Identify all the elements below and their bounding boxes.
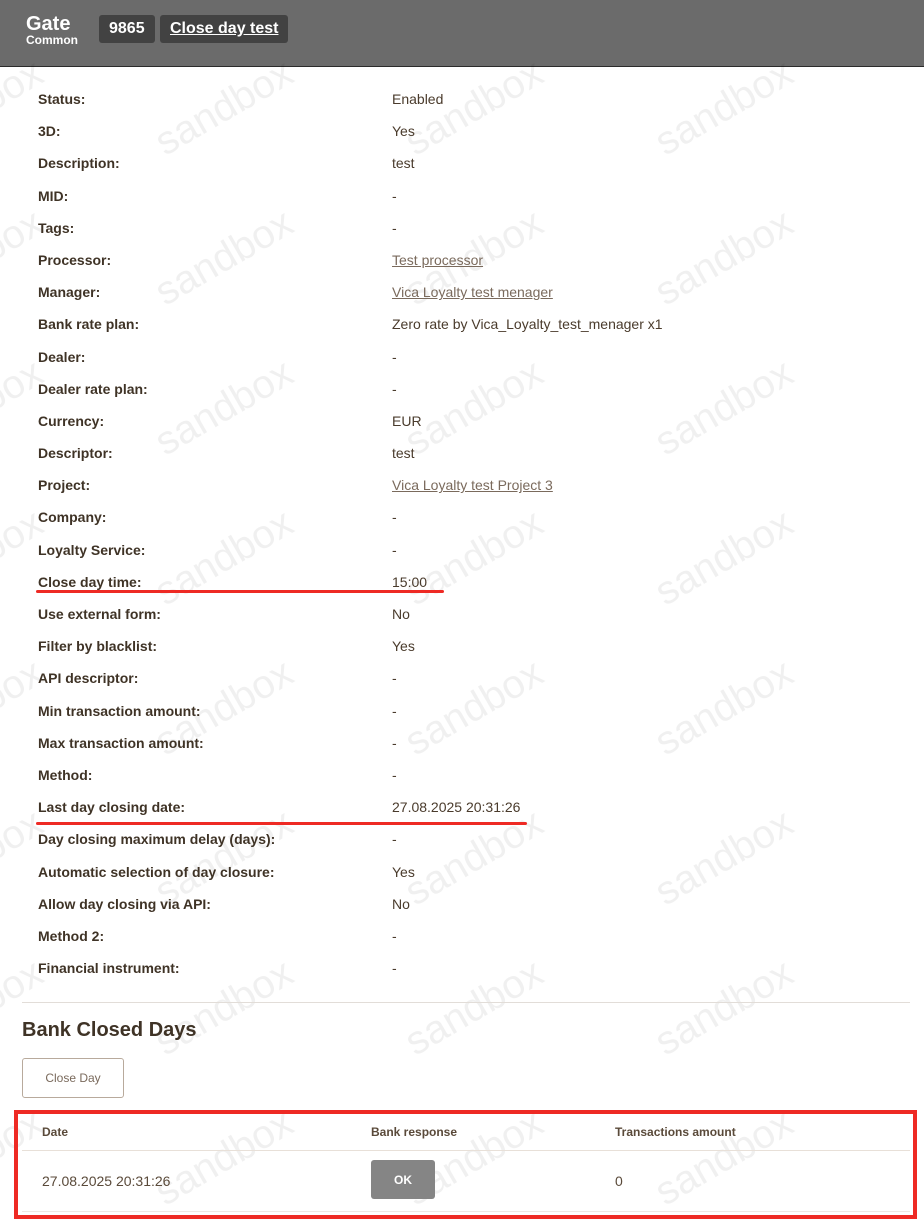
detail-label: Company: [38,509,106,525]
detail-value: - [392,928,397,944]
detail-label: API descriptor: [38,670,138,686]
detail-value: - [392,767,397,783]
detail-row: Min transaction amount:- [38,695,898,727]
detail-value: - [392,509,397,525]
detail-label: Tags: [38,220,74,236]
detail-row: Project:Vica Loyalty test Project 3 [38,469,898,501]
detail-value: Yes [392,638,415,654]
detail-value: - [392,735,397,751]
detail-value: - [392,349,397,365]
detail-row: Method 2:- [38,920,898,952]
detail-label: Min transaction amount: [38,703,201,719]
section-divider [22,1002,910,1003]
detail-value-link[interactable]: Test processor [392,252,483,268]
detail-row: Day closing maximum delay (days):- [38,823,898,855]
detail-label: MID: [38,188,68,204]
detail-row: Allow day closing via API:No [38,888,898,920]
detail-label: Method: [38,767,92,783]
detail-row: Tags:- [38,212,898,244]
detail-value-link[interactable]: Vica Loyalty test menager [392,284,553,300]
detail-row: MID:- [38,180,898,212]
detail-row: Description:test [38,147,898,179]
gate-name-link[interactable]: Close day test [160,15,288,43]
detail-value: test [392,155,415,171]
detail-value-link[interactable]: Vica Loyalty test Project 3 [392,477,553,493]
detail-value: Yes [392,864,415,880]
detail-label: Allow day closing via API: [38,896,211,912]
detail-row: API descriptor:- [38,662,898,694]
detail-label: Currency: [38,413,104,429]
detail-row: Company:- [38,501,898,533]
detail-value: Yes [392,123,415,139]
detail-label: Dealer: [38,349,85,365]
detail-row: Manager:Vica Loyalty test menager [38,276,898,308]
detail-label: Max transaction amount: [38,735,204,751]
detail-label: Manager: [38,284,100,300]
detail-label: Automatic selection of day closure: [38,864,275,880]
detail-label: Description: [38,155,120,171]
detail-value: - [392,703,397,719]
detail-row: Dealer:- [38,341,898,373]
detail-value: Enabled [392,91,443,107]
detail-label: Use external form: [38,606,161,622]
detail-label: Descriptor: [38,445,113,461]
gate-details-list: Status:Enabled3D:YesDescription:testMID:… [38,83,898,984]
detail-label: Day closing maximum delay (days): [38,831,275,847]
detail-row: Use external form:No [38,598,898,630]
detail-value: - [392,960,397,976]
detail-row: Method:- [38,759,898,791]
detail-row: Processor:Test processor [38,244,898,276]
detail-label: Method 2: [38,928,104,944]
detail-label: Filter by blacklist: [38,638,157,654]
detail-value: - [392,831,397,847]
detail-label: Status: [38,91,85,107]
detail-row: Currency:EUR [38,405,898,437]
app-subtitle: Common [26,34,78,47]
detail-row: 3D:Yes [38,115,898,147]
detail-row: Dealer rate plan:- [38,373,898,405]
detail-label: Bank rate plan: [38,316,139,332]
detail-value: - [392,220,397,236]
detail-value: - [392,188,397,204]
top-header: Gate Common 9865 Close day test [0,0,924,67]
detail-row: Close day time:15:00 [38,566,898,598]
bank-closed-days-title: Bank Closed Days [22,1019,197,1042]
detail-row: Loyalty Service:- [38,534,898,566]
detail-label: Close day time: [38,574,141,590]
detail-row: Financial instrument:- [38,952,898,984]
detail-label: Loyalty Service: [38,542,145,558]
detail-row: Filter by blacklist:Yes [38,630,898,662]
detail-value: EUR [392,413,422,429]
highlight-underline-last-closing-date [36,822,527,825]
app-title: Gate [26,14,78,34]
detail-value: 15:00 [392,574,427,590]
detail-label: Financial instrument: [38,960,180,976]
highlight-box-table [14,1110,917,1219]
detail-label: Processor: [38,252,111,268]
brand: Gate Common [26,14,78,47]
detail-value: - [392,381,397,397]
detail-label: 3D: [38,123,61,139]
detail-label: Project: [38,477,90,493]
detail-value: test [392,445,415,461]
detail-label: Last day closing date: [38,799,185,815]
detail-value: No [392,896,410,912]
detail-value: - [392,542,397,558]
detail-row: Bank rate plan:Zero rate by Vica_Loyalty… [38,308,898,340]
detail-row: Descriptor:test [38,437,898,469]
detail-row: Last day closing date:27.08.2025 20:31:2… [38,791,898,823]
detail-value: Zero rate by Vica_Loyalty_test_menager x… [392,316,663,332]
highlight-underline-close-day-time [36,590,444,593]
detail-row: Max transaction amount:- [38,727,898,759]
close-day-button[interactable]: Close Day [22,1058,124,1098]
detail-row: Automatic selection of day closure:Yes [38,856,898,888]
gate-id-badge: 9865 [99,15,155,43]
detail-row: Status:Enabled [38,83,898,115]
detail-label: Dealer rate plan: [38,381,148,397]
detail-value: 27.08.2025 20:31:26 [392,799,520,815]
detail-value: No [392,606,410,622]
detail-value: - [392,670,397,686]
